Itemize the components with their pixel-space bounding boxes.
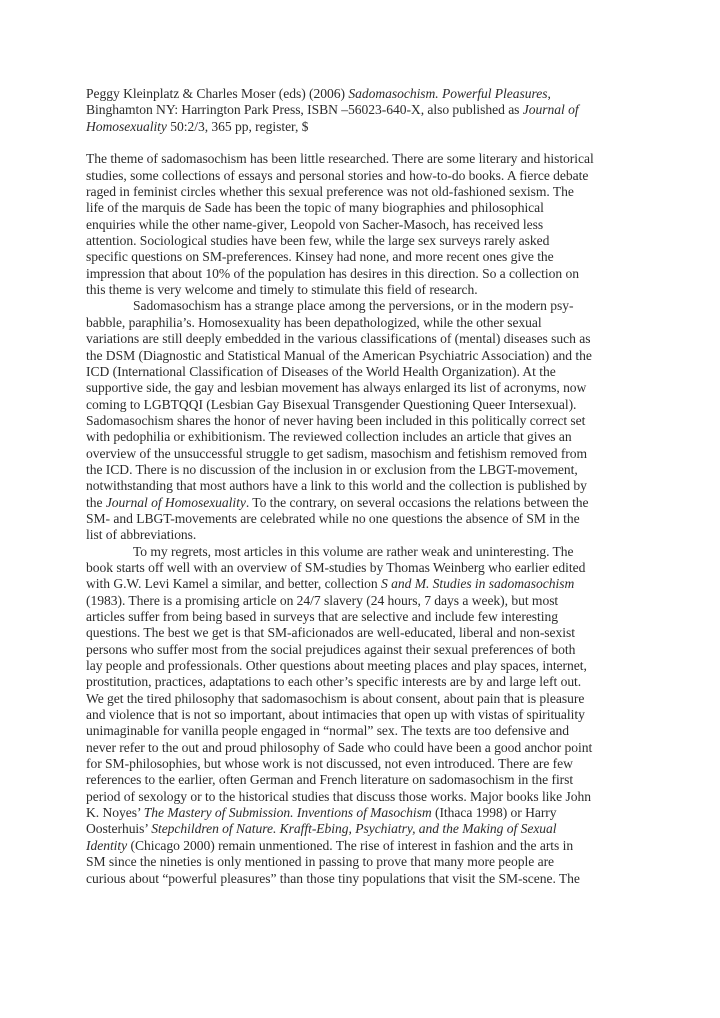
text-run: ICD (International Classification of Dis… [86, 364, 556, 379]
text-line: articles suffer from being based in surv… [86, 609, 638, 625]
text-line: ICD (International Classification of Dis… [86, 364, 638, 380]
text-run: 50:2/3, 365 pp, register, $ [167, 119, 309, 134]
book-citation: Peggy Kleinplatz & Charles Moser (eds) (… [86, 86, 638, 135]
text-line: To my regrets, most articles in this vol… [86, 544, 638, 560]
italic-title-text: Journal of Homosexuality [106, 495, 246, 510]
text-run: Sadomasochism shares the honor of never … [86, 413, 585, 428]
text-line: prostitution, practices, adaptations to … [86, 674, 638, 690]
text-line: impression that about 10% of the populat… [86, 266, 638, 282]
text-line: overview of the unsuccessful struggle to… [86, 446, 638, 462]
text-line: the ICD. There is no discussion of the i… [86, 462, 638, 478]
text-run: list of abbreviations. [86, 527, 196, 542]
text-line: Sadomasochism has a strange place among … [86, 298, 638, 314]
text-run: studies, some collections of essays and … [86, 168, 588, 183]
text-run: We get the tired philosophy that sadomas… [86, 691, 584, 706]
text-run: impression that about 10% of the populat… [86, 266, 579, 281]
paragraph: The theme of sadomasochism has been litt… [86, 151, 638, 298]
text-line: specific questions on SM-preferences. Ki… [86, 249, 638, 265]
text-run: (Chicago 2000) remain unmentioned. The r… [127, 838, 573, 853]
text-line: questions. The best we get is that SM-af… [86, 625, 638, 641]
text-line: period of sexology or to the historical … [86, 789, 638, 805]
text-run: variations are still deeply embedded in … [86, 331, 590, 346]
text-run: with pedophilia or exhibitionism. The re… [86, 429, 572, 444]
text-run: enquiries while the other name-giver, Le… [86, 217, 543, 232]
text-run: Binghamton NY: Harrington Park Press, IS… [86, 102, 523, 117]
text-run: for SM-philosophies, but whose work is n… [86, 756, 573, 771]
text-line: SM since the nineties is only mentioned … [86, 854, 638, 870]
text-line: list of abbreviations. [86, 527, 638, 543]
text-run: SM- and LBGT-movements are celebrated wh… [86, 511, 580, 526]
text-run: with G.W. Levi Kamel a similar, and bett… [86, 576, 381, 591]
text-line: raged in feminist circles whether this s… [86, 184, 638, 200]
text-line: babble, paraphilia’s. Homosexuality has … [86, 315, 638, 331]
italic-title-text: Homosexuality [86, 119, 167, 134]
text-line: references to the earlier, often German … [86, 772, 638, 788]
text-run: the DSM (Diagnostic and Statistical Manu… [86, 348, 592, 363]
text-run: articles suffer from being based in surv… [86, 609, 558, 624]
text-line: life of the marquis de Sade has been the… [86, 200, 638, 216]
text-run: references to the earlier, often German … [86, 772, 573, 787]
text-line: SM- and LBGT-movements are celebrated wh… [86, 511, 638, 527]
italic-title-text: Sadomasochism. Powerful Pleasures [348, 86, 547, 101]
text-run: this theme is very welcome and timely to… [86, 282, 478, 297]
text-run: attention. Sociological studies have bee… [86, 233, 549, 248]
text-line: Oosterhuis’ Stepchildren of Nature. Kraf… [86, 821, 638, 837]
text-run: prostitution, practices, adaptations to … [86, 674, 581, 689]
text-line: studies, some collections of essays and … [86, 168, 638, 184]
text-run: the [86, 495, 106, 510]
text-run: questions. The best we get is that SM-af… [86, 625, 575, 640]
italic-title-text: S and M. Studies in sadomasochism [381, 576, 574, 591]
text-line: Binghamton NY: Harrington Park Press, IS… [86, 102, 638, 118]
text-run: raged in feminist circles whether this s… [86, 184, 574, 199]
text-line: enquiries while the other name-giver, Le… [86, 217, 638, 233]
text-line: the DSM (Diagnostic and Statistical Manu… [86, 348, 638, 364]
text-line: notwithstanding that most authors have a… [86, 478, 638, 494]
text-line: coming to LGBTQQI (Lesbian Gay Bisexual … [86, 397, 638, 413]
document-page: Peggy Kleinplatz & Charles Moser (eds) (… [86, 86, 638, 887]
text-line: curious about “powerful pleasures” than … [86, 871, 638, 887]
text-run: (1983). There is a promising article on … [86, 593, 558, 608]
text-run: never refer to the out and proud philoso… [86, 740, 592, 755]
text-run: curious about “powerful pleasures” than … [86, 871, 580, 886]
text-run: . To the contrary, on several occasions … [246, 495, 589, 510]
text-line: never refer to the out and proud philoso… [86, 740, 638, 756]
text-run: book starts off well with an overview of… [86, 560, 585, 575]
review-body: The theme of sadomasochism has been litt… [86, 151, 638, 886]
text-line: We get the tired philosophy that sadomas… [86, 691, 638, 707]
text-line: unimaginable for vanilla people engaged … [86, 723, 638, 739]
text-run: coming to LGBTQQI (Lesbian Gay Bisexual … [86, 397, 576, 412]
text-line: with pedophilia or exhibitionism. The re… [86, 429, 638, 445]
text-line: for SM-philosophies, but whose work is n… [86, 756, 638, 772]
italic-title-text: The Mastery of Submission. Inventions of… [144, 805, 432, 820]
text-run: , [547, 86, 550, 101]
text-run: overview of the unsuccessful struggle to… [86, 446, 587, 461]
text-run: notwithstanding that most authors have a… [86, 478, 587, 493]
text-line: Sadomasochism shares the honor of never … [86, 413, 638, 429]
paragraph: Sadomasochism has a strange place among … [86, 298, 638, 543]
text-line: Homosexuality 50:2/3, 365 pp, register, … [86, 119, 638, 135]
text-line: K. Noyes’ The Mastery of Submission. Inv… [86, 805, 638, 821]
text-run: Sadomasochism has a strange place among … [133, 298, 573, 313]
text-run: (Ithaca 1998) or Harry [432, 805, 557, 820]
italic-title-text: Identity [86, 838, 127, 853]
paragraph: To my regrets, most articles in this vol… [86, 544, 638, 887]
text-run: babble, paraphilia’s. Homosexuality has … [86, 315, 542, 330]
text-line: book starts off well with an overview of… [86, 560, 638, 576]
text-run: period of sexology or to the historical … [86, 789, 591, 804]
text-line: The theme of sadomasochism has been litt… [86, 151, 638, 167]
text-line: variations are still deeply embedded in … [86, 331, 638, 347]
text-line: Peggy Kleinplatz & Charles Moser (eds) (… [86, 86, 638, 102]
text-run: unimaginable for vanilla people engaged … [86, 723, 569, 738]
text-line: (1983). There is a promising article on … [86, 593, 638, 609]
text-run: SM since the nineties is only mentioned … [86, 854, 554, 869]
text-run: and violence that is not so important, a… [86, 707, 585, 722]
italic-title-text: Stepchildren of Nature. Krafft-Ebing, Ps… [151, 821, 556, 836]
text-line: Identity (Chicago 2000) remain unmention… [86, 838, 638, 854]
text-line: and violence that is not so important, a… [86, 707, 638, 723]
text-line: lay people and professionals. Other ques… [86, 658, 638, 674]
text-line: supportive side, the gay and lesbian mov… [86, 380, 638, 396]
text-line: this theme is very welcome and timely to… [86, 282, 638, 298]
text-run: The theme of sadomasochism has been litt… [86, 151, 594, 166]
text-run: specific questions on SM-preferences. Ki… [86, 249, 554, 264]
text-run: persons who suffer most from the social … [86, 642, 575, 657]
text-run: the ICD. There is no discussion of the i… [86, 462, 578, 477]
text-line: the Journal of Homosexuality. To the con… [86, 495, 638, 511]
text-line: persons who suffer most from the social … [86, 642, 638, 658]
text-run: supportive side, the gay and lesbian mov… [86, 380, 586, 395]
text-run: lay people and professionals. Other ques… [86, 658, 587, 673]
italic-title-text: Journal of [523, 102, 579, 117]
text-run: Peggy Kleinplatz & Charles Moser (eds) (… [86, 86, 348, 101]
text-run: life of the marquis de Sade has been the… [86, 200, 544, 215]
text-line: with G.W. Levi Kamel a similar, and bett… [86, 576, 638, 592]
text-run: To my regrets, most articles in this vol… [133, 544, 574, 559]
text-run: K. Noyes’ [86, 805, 144, 820]
text-line: attention. Sociological studies have bee… [86, 233, 638, 249]
text-run: Oosterhuis’ [86, 821, 151, 836]
